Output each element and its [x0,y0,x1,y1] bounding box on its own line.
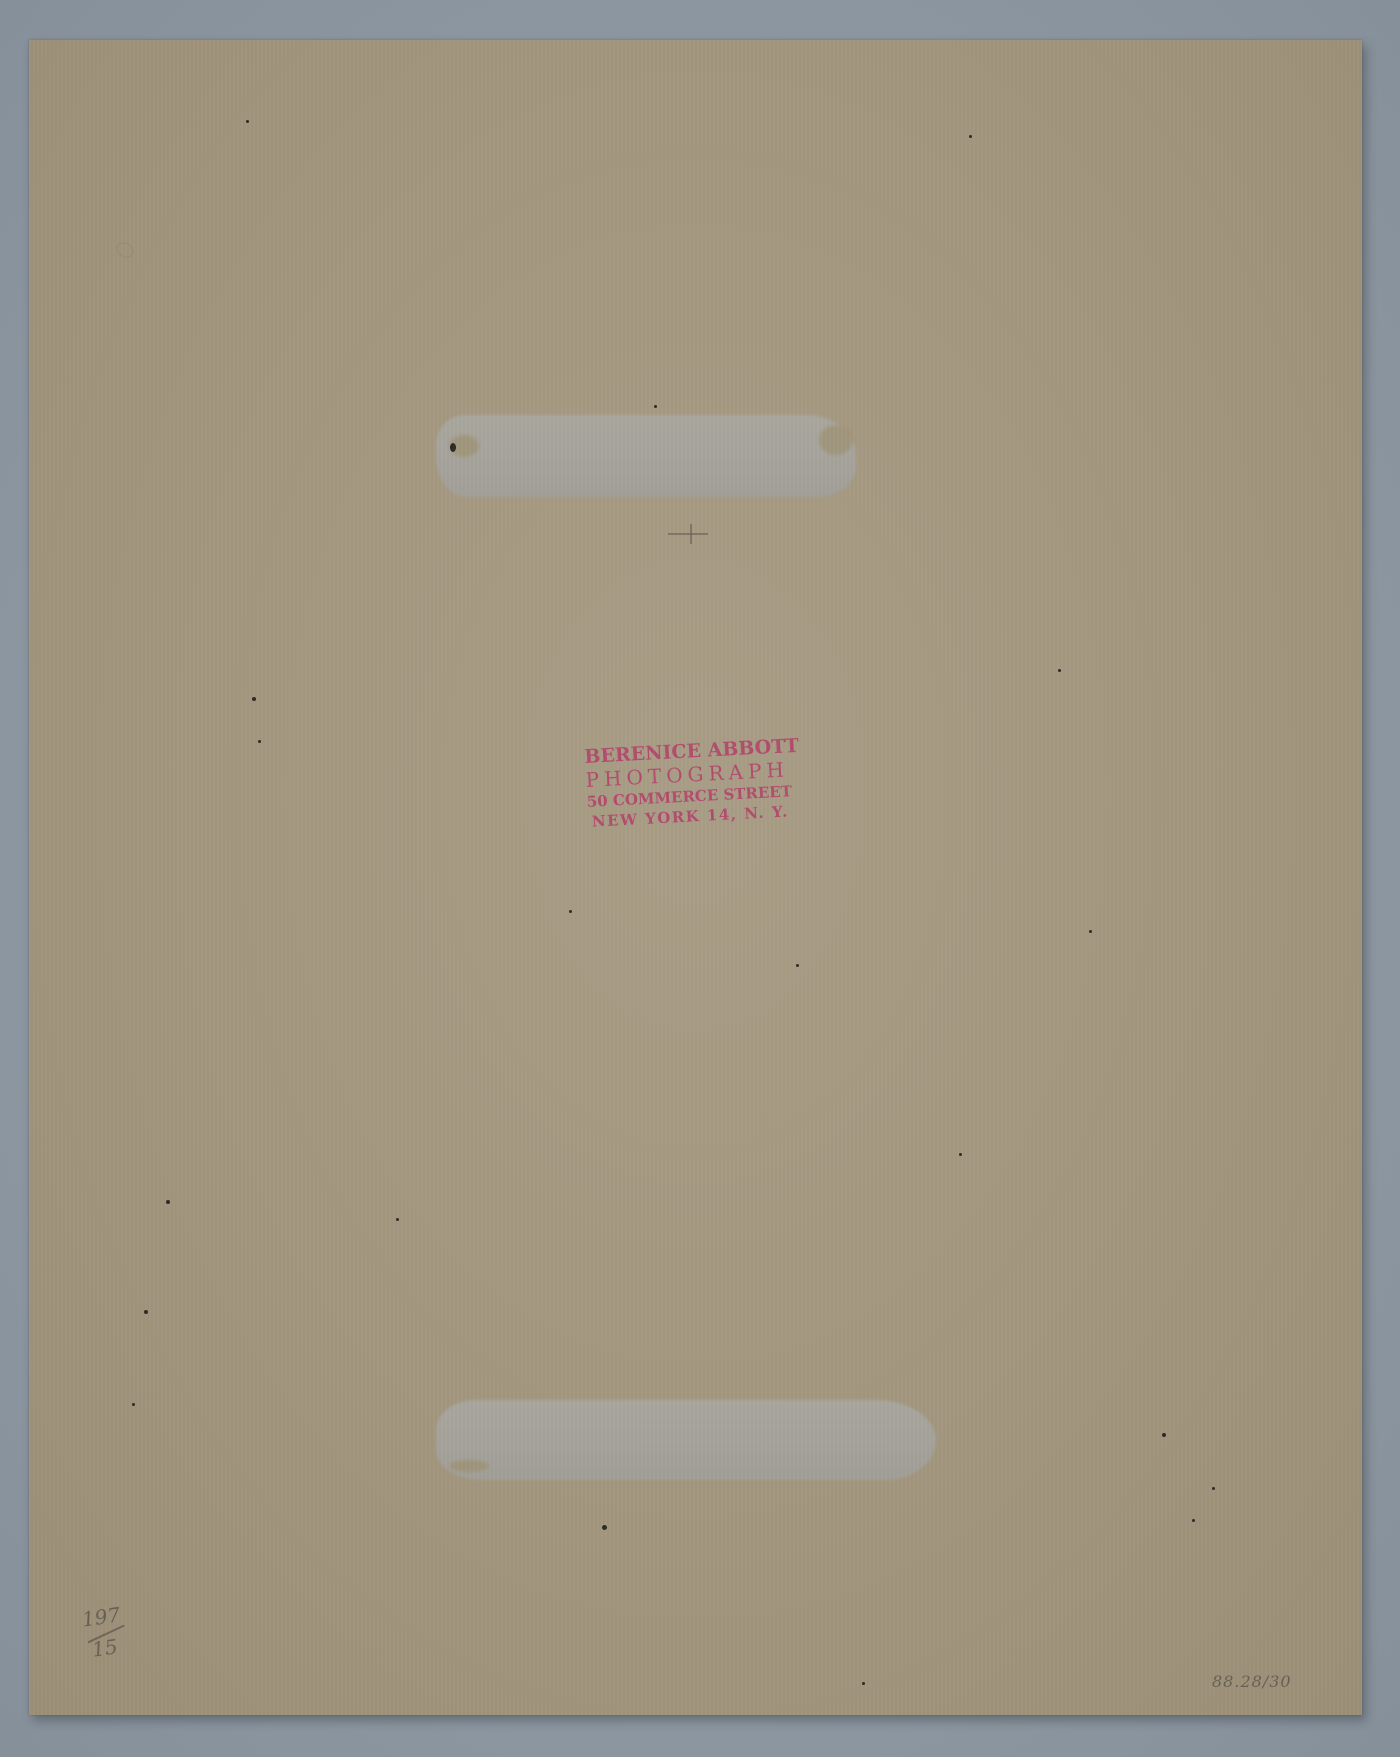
fiber-speck [450,443,456,452]
glue-stain [819,425,853,455]
fiber-speck [602,1525,607,1530]
fiber-speck [969,135,972,138]
faint-oval-mark [114,239,137,260]
fiber-speck [569,910,572,913]
pencil-accession-number: 88.28/30 [1212,1672,1292,1691]
pencil-inventory-denominator: 15 [90,1634,119,1661]
adhesive-residue-top [436,415,856,497]
fiber-speck [132,1403,135,1406]
adhesive-residue-bottom [436,1400,936,1480]
mount-board: BERENICE ABBOTT PHOTOGRAPH 50 COMMERCE S… [29,40,1362,1715]
fiber-speck [1058,669,1061,672]
fiber-speck [1162,1433,1166,1437]
fiber-speck [1089,930,1092,933]
fiber-speck [1192,1519,1195,1522]
fiber-speck [166,1200,170,1204]
fiber-speck [959,1153,962,1156]
fiber-speck [258,740,261,743]
fiber-speck [252,697,256,701]
photographer-stamp: BERENICE ABBOTT PHOTOGRAPH 50 COMMERCE S… [584,735,828,829]
fiber-speck [246,120,249,123]
fiber-speck [1212,1487,1215,1490]
fiber-speck [862,1682,865,1685]
fiber-speck [144,1310,148,1314]
fiber-speck [396,1218,399,1221]
fiber-speck [654,405,657,408]
fiber-speck [796,964,799,967]
glue-stain [449,1460,489,1472]
pencil-crosshair-mark [668,524,708,544]
